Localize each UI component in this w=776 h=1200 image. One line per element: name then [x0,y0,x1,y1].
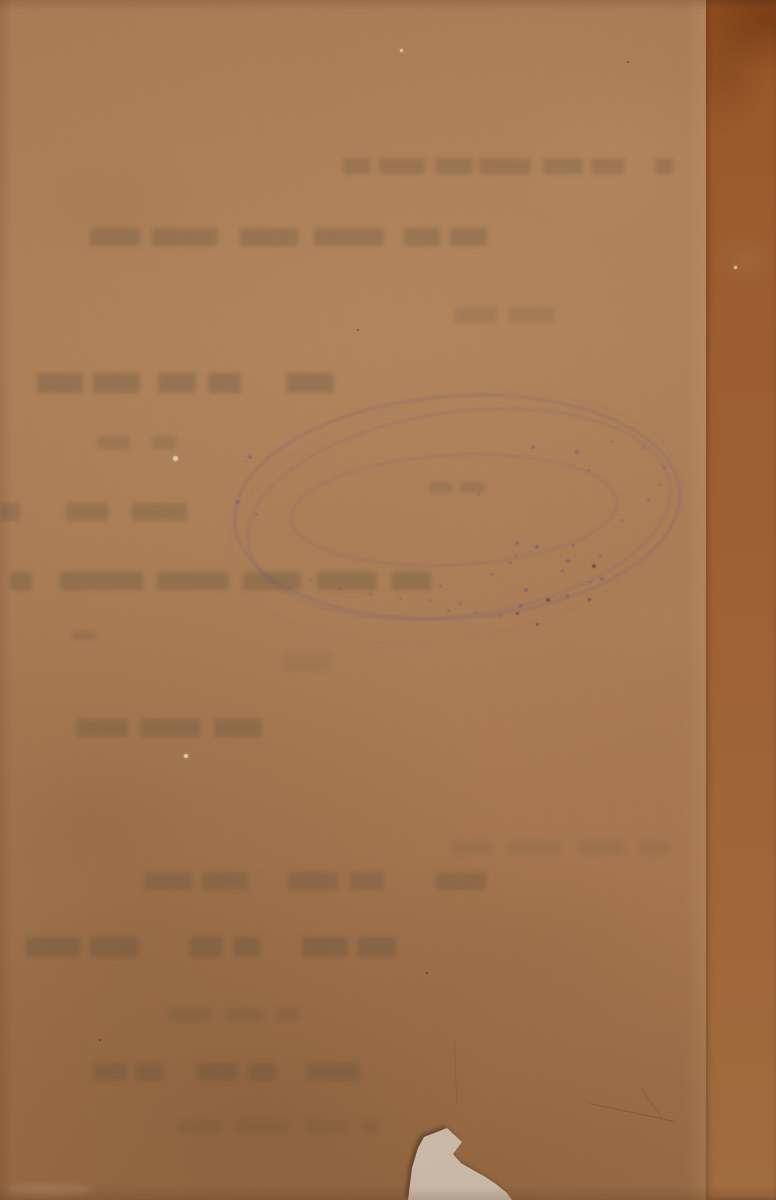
torn-paper-patch [0,0,776,1200]
scanned-page [0,0,776,1200]
torn-paper-patch-surface [0,0,776,1200]
